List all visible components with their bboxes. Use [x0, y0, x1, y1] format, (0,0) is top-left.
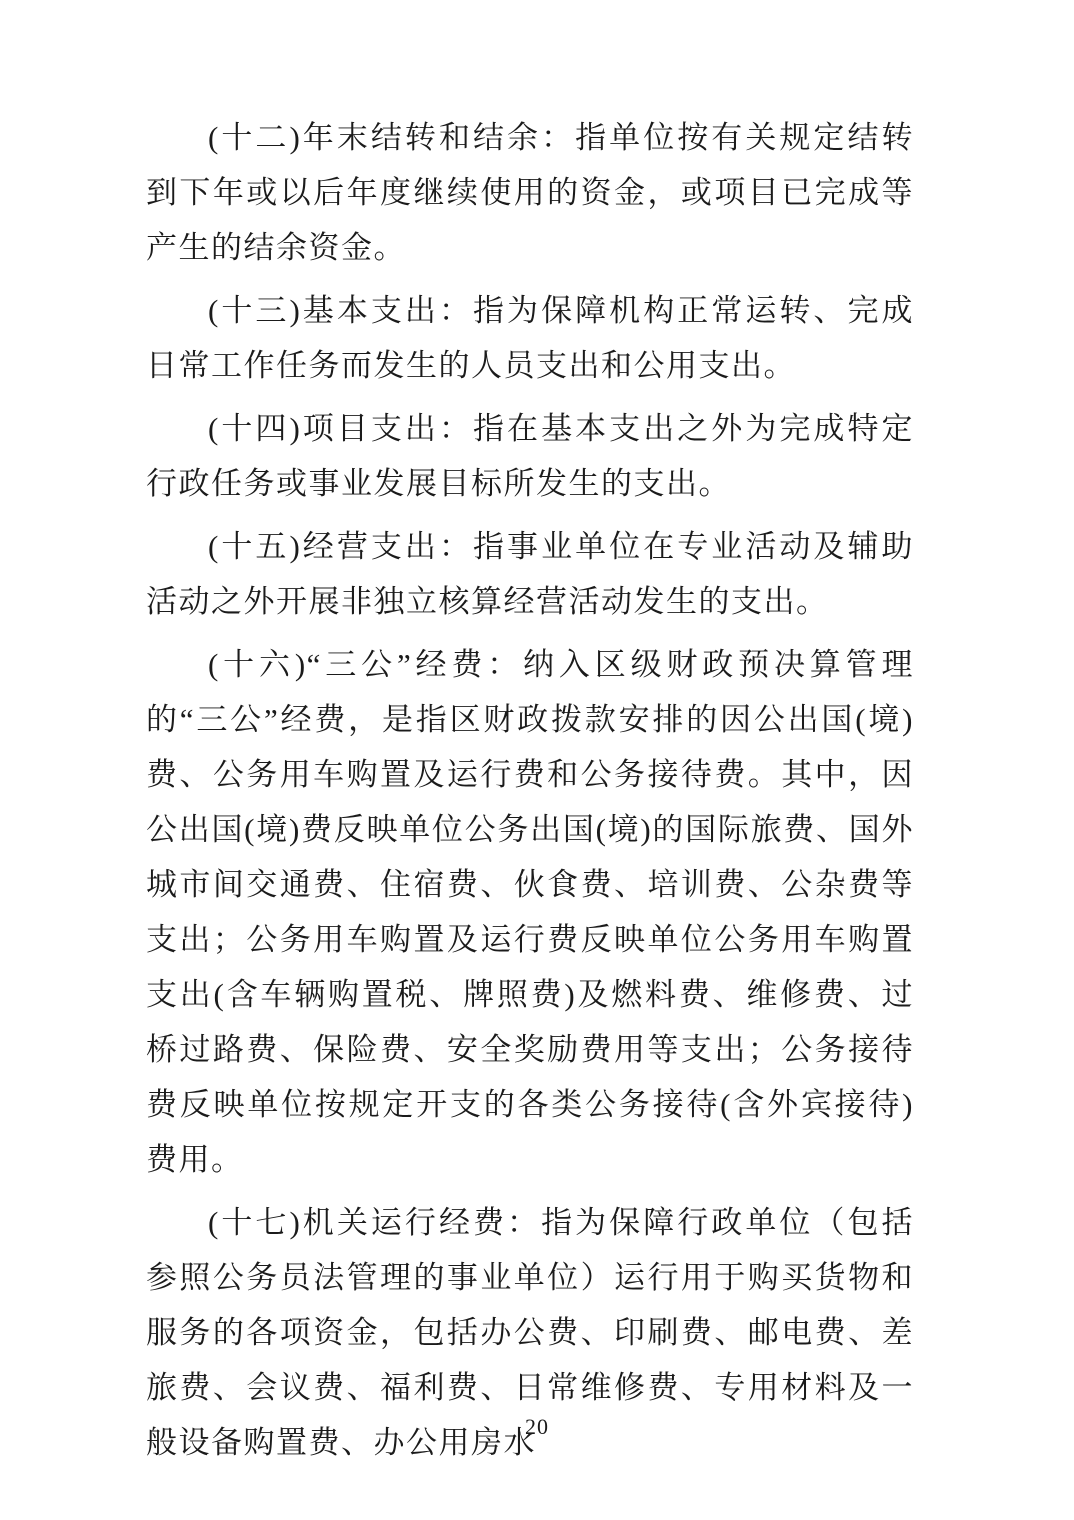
paragraph-term-13-basic-expenditure: (十三)基本支出：指为保障机构正常运转、完成日常工作任务而发生的人员支出和公用支… [146, 283, 914, 393]
document-body: (十二)年末结转和结余：指单位按有关规定结转到下年或以后年度继续使用的资金，或项… [146, 110, 914, 1470]
document-page: (十二)年末结转和结余：指单位按有关规定结转到下年或以后年度继续使用的资金，或项… [0, 0, 1074, 1520]
page-footer: 20 [0, 1414, 1074, 1440]
paragraph-term-14-project-expenditure: (十四)项目支出：指在基本支出之外为完成特定行政任务或事业发展目标所发生的支出。 [146, 401, 914, 511]
paragraph-term-16-three-public-funds: (十六)“三公”经费：纳入区级财政预决算管理的“三公”经费，是指区财政拨款安排的… [146, 637, 914, 1187]
page-number: 20 [525, 1414, 549, 1439]
paragraph-term-12-year-end-carryover: (十二)年末结转和结余：指单位按有关规定结转到下年或以后年度继续使用的资金，或项… [146, 110, 914, 275]
paragraph-term-15-operating-expenditure: (十五)经营支出：指事业单位在专业活动及辅助活动之外开展非独立核算经营活动发生的… [146, 519, 914, 629]
